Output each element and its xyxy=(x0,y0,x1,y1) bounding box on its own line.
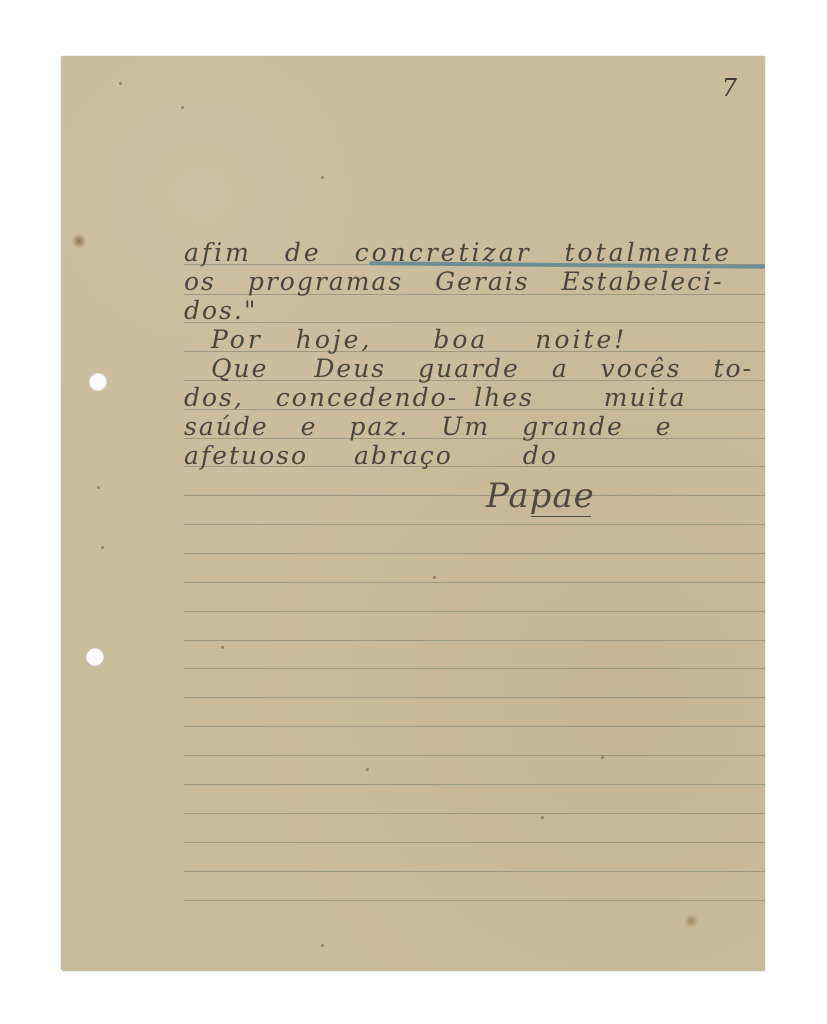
ruled-line xyxy=(184,697,765,698)
word: Um xyxy=(441,412,490,441)
word: Gerais xyxy=(435,267,529,296)
punch-hole xyxy=(89,373,107,391)
word: muita xyxy=(604,383,687,412)
word: afetuoso xyxy=(184,441,308,470)
ruled-line xyxy=(184,842,765,843)
ruled-line xyxy=(184,582,765,583)
word: grande xyxy=(522,412,624,441)
ruled-line xyxy=(184,611,765,612)
signature: Papae xyxy=(486,476,595,516)
word: dos, xyxy=(184,383,244,412)
word: afim xyxy=(184,238,252,267)
ruled-line xyxy=(184,553,765,554)
handwritten-line: afim de concretizar totalmente xyxy=(184,240,754,265)
word: to- xyxy=(713,354,753,383)
handwritten-line: afetuoso abraço do xyxy=(184,443,580,468)
word: os xyxy=(184,267,216,296)
speck xyxy=(181,106,184,109)
handwritten-line: Por hoje, boa noite! xyxy=(211,327,649,352)
letter-page: 7 afim de concretizar totalmente os prog… xyxy=(61,56,765,971)
stain xyxy=(71,234,87,248)
ruled-line xyxy=(184,668,765,669)
ruled-line xyxy=(184,640,765,641)
word: saúde xyxy=(184,412,269,441)
word: Deus xyxy=(314,354,386,383)
word: concedendo- xyxy=(276,383,458,412)
word: Por xyxy=(211,325,263,354)
handwritten-line: saúde e paz. Um grande e xyxy=(184,414,695,439)
ruled-line xyxy=(184,900,765,901)
word: lhes xyxy=(474,383,534,412)
handwritten-line: dos." xyxy=(184,298,279,323)
speck xyxy=(321,176,324,179)
speck xyxy=(101,546,104,549)
handwritten-line: os programas Gerais Estabeleci- xyxy=(184,269,746,294)
word: e xyxy=(656,412,673,441)
ruled-line xyxy=(184,726,765,727)
speck xyxy=(601,756,604,759)
speck xyxy=(221,646,224,649)
handwritten-line: Que Deus guarde a vocês to- xyxy=(211,356,775,381)
page-number: 7 xyxy=(722,74,737,102)
handwritten-line: dos, concedendo- lhes muita xyxy=(184,385,709,410)
word: vocês xyxy=(601,354,682,383)
punch-hole xyxy=(86,648,104,666)
word: abraço xyxy=(354,441,453,470)
word: programas xyxy=(248,267,403,296)
ruled-line xyxy=(184,755,765,756)
speck xyxy=(541,816,544,819)
speck xyxy=(119,82,122,85)
word: de xyxy=(285,238,322,267)
signature-underline xyxy=(531,516,591,517)
stain xyxy=(683,914,699,928)
word: paz. xyxy=(349,412,409,441)
word: hoje, xyxy=(296,325,373,354)
ruled-line xyxy=(184,524,765,525)
ruled-line xyxy=(184,813,765,814)
speck xyxy=(366,768,369,771)
ruled-line xyxy=(184,784,765,785)
word: concretizar xyxy=(355,238,532,267)
ruled-line xyxy=(184,871,765,872)
word: do xyxy=(523,441,558,470)
word: guarde xyxy=(418,354,520,383)
speck xyxy=(97,486,100,489)
word: a xyxy=(552,354,569,383)
word: e xyxy=(301,412,318,441)
word: Que xyxy=(211,354,268,383)
word: totalmente xyxy=(565,238,733,267)
word: noite! xyxy=(535,325,627,354)
word: boa xyxy=(433,325,488,354)
speck xyxy=(321,944,324,947)
speck xyxy=(433,576,436,579)
ruled-line xyxy=(184,495,765,496)
word: dos." xyxy=(184,296,257,325)
word: Estabeleci- xyxy=(562,267,724,296)
